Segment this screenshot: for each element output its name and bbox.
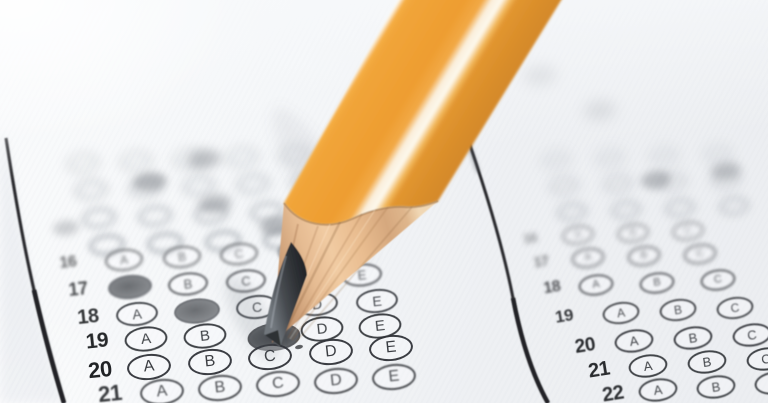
bubble-left-19-D: D <box>299 315 344 344</box>
ghost-bubble <box>66 152 100 175</box>
bubble-left-16-E: E <box>334 236 374 262</box>
blurred-filled-mark <box>640 169 672 191</box>
ghost-bubble <box>172 148 206 171</box>
question-number-left-19: 19 <box>85 329 109 352</box>
ghost-bubble <box>204 228 242 253</box>
bubble-left-17-B: B <box>167 271 209 298</box>
bubble-letter: B <box>177 251 186 264</box>
ghost-bubble <box>649 146 679 166</box>
graphite-smudge-speck <box>295 344 304 350</box>
bubble-letter: C <box>241 274 252 288</box>
bubble-left-18-B <box>173 296 221 326</box>
bubble-letter: C <box>760 352 768 366</box>
question-number-right-17: 17 <box>533 253 550 269</box>
bubble-left-16-B: B <box>161 244 201 270</box>
bubble-right-18-A: A <box>577 272 615 298</box>
bubble-letter: B <box>183 277 193 291</box>
answer-column-left: 16ABCDE17BCDE18ACDE19ABDE20ABCDE21ABCDE <box>0 0 768 403</box>
question-number-right-21: 21 <box>587 358 611 381</box>
column-divider-line-top-blur <box>450 92 478 172</box>
question-number-right-22: 22 <box>601 382 625 403</box>
bubble-letter: A <box>592 279 601 291</box>
ghost-bubble <box>289 171 324 194</box>
bubble-letter: B <box>653 277 662 289</box>
bubble-right-19-C: C <box>715 294 755 321</box>
blurred-filled-mark <box>522 63 558 87</box>
bubble-letter: A <box>132 307 143 322</box>
ghost-bubble <box>119 150 153 173</box>
ghost-bubble <box>278 144 312 167</box>
bubble-letter: E <box>388 368 400 385</box>
column-divider-line-thick <box>513 298 548 403</box>
bubble-right-17-B: B <box>626 244 661 268</box>
bubble-right-21-A: A <box>627 352 669 380</box>
focus-haze <box>0 0 768 403</box>
ghost-bubble <box>81 206 117 230</box>
bubble-right-20-B: B <box>672 324 714 352</box>
bubble-letter: D <box>315 321 327 337</box>
pencil <box>0 0 768 403</box>
bubble-letter: C <box>684 225 693 236</box>
question-number-left-21: 21 <box>97 382 123 403</box>
bubble-left-21-E: E <box>371 362 417 392</box>
question-number-left-20: 20 <box>87 358 113 382</box>
bubble-right-20-C: C <box>731 321 768 349</box>
pencil-wood-grain <box>276 207 412 342</box>
bubble-letter: A <box>616 307 626 320</box>
bubble-right-19-A: A <box>601 300 641 327</box>
ghost-bubble <box>541 150 571 170</box>
bubble-letter: B <box>199 328 211 344</box>
bubble-letter: A <box>653 383 663 397</box>
ghost-bubble <box>603 174 634 194</box>
blurred-filled-mark <box>259 214 295 237</box>
bubble-letter: B <box>673 304 683 317</box>
pencil-graphite-tip <box>264 242 307 347</box>
ghost-bubble <box>595 148 625 168</box>
graphite-sheen <box>271 256 286 328</box>
column-divider-line <box>464 128 548 403</box>
ghost-bubble <box>664 197 696 219</box>
bubble-left-16-A: A <box>104 247 144 273</box>
pencil-collar-shade <box>284 201 438 225</box>
bubble-left-20-C: C <box>247 342 293 372</box>
bubble-letter: E <box>357 268 367 282</box>
bubble-letter: A <box>574 230 582 241</box>
bubble-letter: C <box>696 248 705 259</box>
blurred-filled-mark <box>710 160 742 182</box>
question-number-right-19: 19 <box>554 306 574 326</box>
bubble-right-16-B: B <box>616 221 650 244</box>
ghost-bubble <box>181 175 216 198</box>
bubble-letter: C <box>234 248 244 261</box>
bubble-left-20-D: D <box>307 337 353 367</box>
sheet-printed-lines <box>0 0 768 403</box>
bubble-letter: A <box>629 334 639 348</box>
bubble-right-22-C: C <box>753 369 768 397</box>
sheet-border-line-left-thick <box>34 290 64 403</box>
bubble-letter: B <box>203 354 215 371</box>
bubble-letter: B <box>640 250 648 261</box>
bubble-letter: B <box>702 355 712 369</box>
bubble-right-17-C: C <box>682 241 717 265</box>
bubble-right-22-A: A <box>637 376 679 403</box>
ghost-bubble <box>88 232 126 257</box>
blurred-filled-mark <box>583 99 617 122</box>
bubble-left-21-A: A <box>139 377 185 403</box>
bubble-left-21-D: D <box>313 365 359 395</box>
bubble-left-19-C <box>246 320 302 353</box>
bubble-left-16-C: C <box>219 241 259 267</box>
bubble-left-17-C: C <box>225 268 267 295</box>
ghost-bubble <box>703 144 733 164</box>
bubble-right-21-B: B <box>686 348 728 376</box>
ghost-bubble <box>657 172 688 192</box>
bubble-letter: B <box>629 227 637 238</box>
bubble-letter: E <box>374 318 386 334</box>
bubble-letter: E <box>385 339 397 356</box>
photo-scene: 16ABCDE17BCDE18ACDE19ABDE20ABCDE21ABCDE … <box>0 0 768 403</box>
bubble-right-20-A: A <box>613 327 655 355</box>
pencil-body <box>284 0 565 225</box>
ghost-bubble <box>193 202 229 226</box>
bubble-right-16-A: A <box>561 223 595 246</box>
graphite-point <box>265 330 281 347</box>
bubble-letter: C <box>713 274 722 286</box>
bubble-right-21-C: C <box>745 345 768 373</box>
ghost-bubble <box>225 146 259 169</box>
bubble-left-19-A: A <box>123 324 168 353</box>
bubble-letter: D <box>292 245 302 258</box>
bubble-letter: A <box>584 253 592 264</box>
bubble-right-16-C: C <box>671 219 705 242</box>
bubble-left-18-E: E <box>355 287 399 315</box>
bubble-letter: D <box>311 297 323 312</box>
bubble-letter: E <box>349 242 358 255</box>
bubble-letter: A <box>156 383 168 400</box>
bubble-left-18-C: C <box>235 293 279 321</box>
bubble-letter: C <box>251 300 263 315</box>
question-number-left-16: 16 <box>59 254 77 272</box>
ghost-bubble <box>711 170 742 190</box>
ghost-bubble <box>320 224 358 249</box>
bubble-left-18-D: D <box>295 290 339 318</box>
ghost-bubble <box>249 200 285 224</box>
ghost-bubble <box>127 177 162 200</box>
ghost-bubble <box>262 226 300 251</box>
bubble-right-18-B: B <box>638 270 676 296</box>
ghost-bubble <box>137 204 173 228</box>
bubble-letter: A <box>119 254 128 267</box>
answer-sheet-paper <box>0 0 768 403</box>
bubble-left-21-C: C <box>255 369 301 399</box>
ghost-bubble <box>146 230 184 255</box>
blurred-far-rows <box>0 0 768 403</box>
bubble-left-18-A: A <box>115 300 159 328</box>
bubble-left-19-E: E <box>357 311 402 340</box>
bubble-right-22-B: B <box>695 372 737 400</box>
bubble-letter: A <box>143 358 155 375</box>
sheet-border-line-left <box>6 138 64 403</box>
pencil-side-shadow <box>257 97 387 274</box>
ghost-bubble <box>305 198 341 222</box>
ghost-bubble <box>549 176 580 196</box>
blurred-filled-mark <box>52 219 80 237</box>
bubble-left-20-A: A <box>126 352 172 382</box>
question-number-left-18: 18 <box>76 306 99 328</box>
blurred-filled-mark <box>186 147 222 170</box>
bubble-letter: C <box>730 301 740 314</box>
bubble-letter: A <box>643 359 653 373</box>
pencil-cast-shadow <box>215 268 288 368</box>
bubble-left-20-B: B <box>186 347 232 377</box>
bubble-left-17-D: D <box>283 265 325 292</box>
bubble-letter: B <box>711 379 721 393</box>
bubble-left-21-B: B <box>197 373 243 403</box>
bubble-letter: C <box>263 349 276 366</box>
bubble-letter: B <box>688 331 698 345</box>
ghost-bubble <box>718 195 750 217</box>
ghost-bubble <box>610 199 642 221</box>
bubble-letter: D <box>299 271 310 285</box>
paper-texture <box>0 0 768 403</box>
question-number-right-18: 18 <box>542 279 561 297</box>
question-number-left-17: 17 <box>68 279 89 299</box>
question-number-right-20: 20 <box>574 335 597 357</box>
ghost-bubble <box>556 201 588 223</box>
ghost-bubble <box>235 173 270 196</box>
bubble-left-17-A <box>107 273 153 301</box>
bubble-letter: B <box>214 380 226 397</box>
bubble-right-17-A: A <box>570 246 605 270</box>
bubble-left-19-B: B <box>182 321 227 350</box>
light-glow <box>0 0 768 403</box>
bubble-left-16-D: D <box>276 238 316 264</box>
bubble-letter: A <box>140 331 152 347</box>
blurred-filled-mark <box>197 193 232 216</box>
pencil-wood-cone <box>272 201 438 343</box>
question-number-right-16: 16 <box>522 231 537 246</box>
left-margin-shading <box>0 138 64 403</box>
bubble-left-17-E: E <box>341 262 383 289</box>
bubble-letter: D <box>329 372 342 389</box>
bubble-letter: E <box>372 293 383 308</box>
bubble-letter: D <box>324 344 337 361</box>
bubble-right-19-B: B <box>658 297 698 324</box>
answer-column-right: 16ABC17ABC18ABC19ABCD20ABC21ABC22ABC <box>0 0 768 403</box>
bubble-letter: C <box>746 328 757 342</box>
blurred-filled-mark <box>132 170 168 193</box>
bubble-right-18-C: C <box>699 267 737 293</box>
bubble-left-20-E: E <box>368 332 414 362</box>
bubble-letter: C <box>271 376 284 393</box>
ghost-bubble <box>73 179 108 202</box>
